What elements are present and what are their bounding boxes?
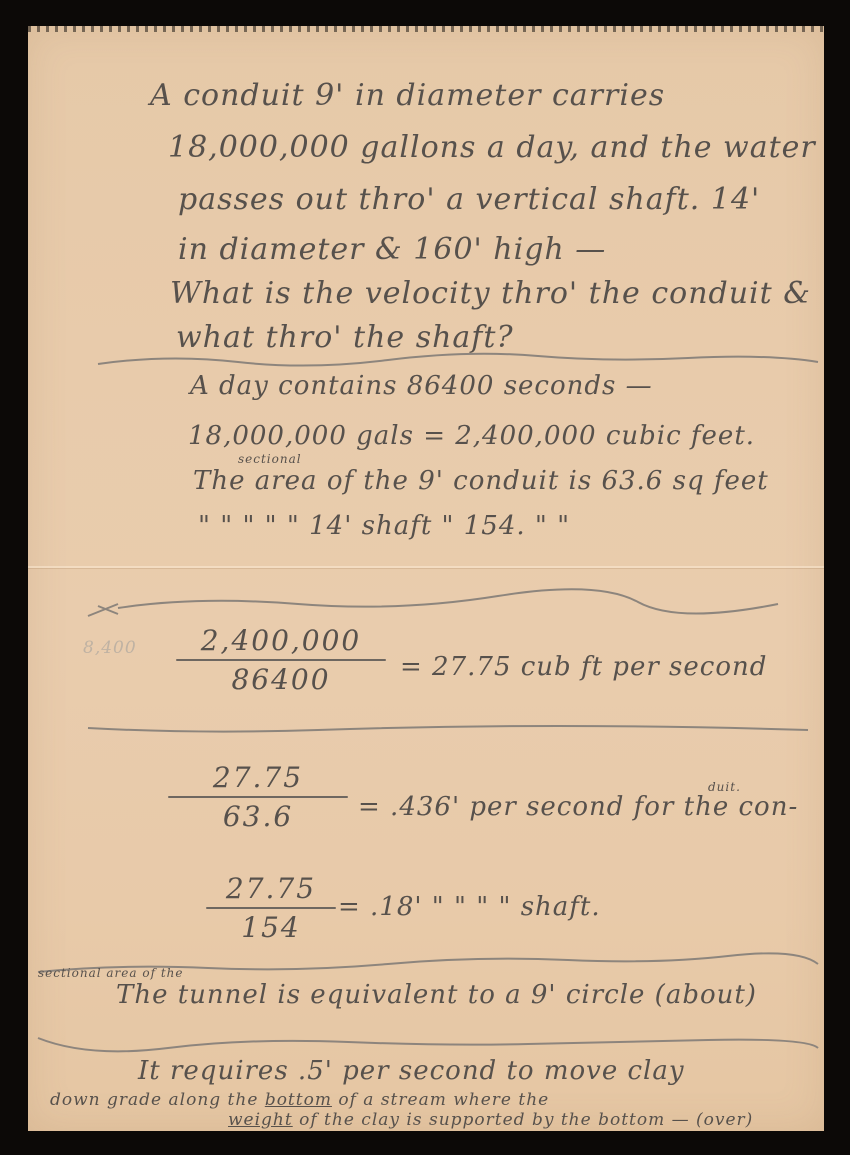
clay-line-3: weight of the clay is supported by the b… — [228, 1110, 753, 1130]
givens-line-2: 18,000,000 gals = 2,400,000 cubic feet. — [188, 421, 755, 451]
denominator: 63.6 — [168, 800, 348, 833]
divider-wave — [78, 716, 818, 746]
tunnel-line: The tunnel is equivalent to a 9' circle … — [116, 980, 757, 1010]
divider-wave — [78, 586, 818, 626]
problem-line-5: What is the velocity thro' the conduit & — [170, 276, 811, 311]
clay-underlined-bottom: bottom — [265, 1090, 332, 1110]
givens-line-3: The area of the 9' conduit is 63.6 sq fe… — [193, 466, 769, 496]
clay-line-1: It requires .5' per second to move clay — [138, 1056, 685, 1086]
problem-line-3: passes out thro' a vertical shaft. 14' — [178, 182, 760, 217]
problem-line-2: 18,000,000 gallons a day, and the water — [168, 130, 816, 165]
numerator: 27.75 — [168, 761, 348, 794]
problem-line-1: A conduit 9' in diameter carries — [150, 78, 665, 113]
fraction-shaft-velocity: 27.75 154 — [206, 872, 336, 944]
note-paper: A conduit 9' in diameter carries 18,000,… — [28, 26, 824, 1131]
givens-line-1: A day contains 86400 seconds — — [190, 371, 653, 401]
denominator: 154 — [206, 911, 336, 944]
fraction-volume-per-second: 2,400,000 86400 — [176, 624, 386, 696]
clay-text: of a stream where the — [332, 1090, 549, 1110]
tunnel-insert: sectional area of the — [38, 966, 184, 980]
calc1-result: = 27.75 cub ft per second — [400, 652, 767, 682]
fraction-conduit-velocity: 27.75 63.6 — [168, 761, 348, 833]
clay-text: down grade along the — [50, 1090, 265, 1110]
clay-line-2: down grade along the bottom of a stream … — [50, 1090, 549, 1110]
numerator: 27.75 — [206, 872, 336, 905]
paper-fold — [28, 566, 824, 568]
problem-line-4: in diameter & 160' high — — [178, 232, 606, 267]
clay-underlined-weight: weight — [228, 1110, 293, 1130]
denominator: 86400 — [176, 663, 386, 696]
margin-ghost-number: 8,400 — [83, 638, 137, 658]
givens-line-4: " " " " " 14' shaft " 154. " " — [198, 511, 570, 541]
calc2-result: = .436' per second for the con- — [358, 792, 798, 822]
givens-insert: sectional — [238, 452, 302, 466]
calc3-result: = .18' " " " " shaft. — [338, 892, 601, 922]
clay-text: of the clay is supported by the bottom —… — [293, 1110, 754, 1130]
numerator: 2,400,000 — [176, 624, 386, 657]
